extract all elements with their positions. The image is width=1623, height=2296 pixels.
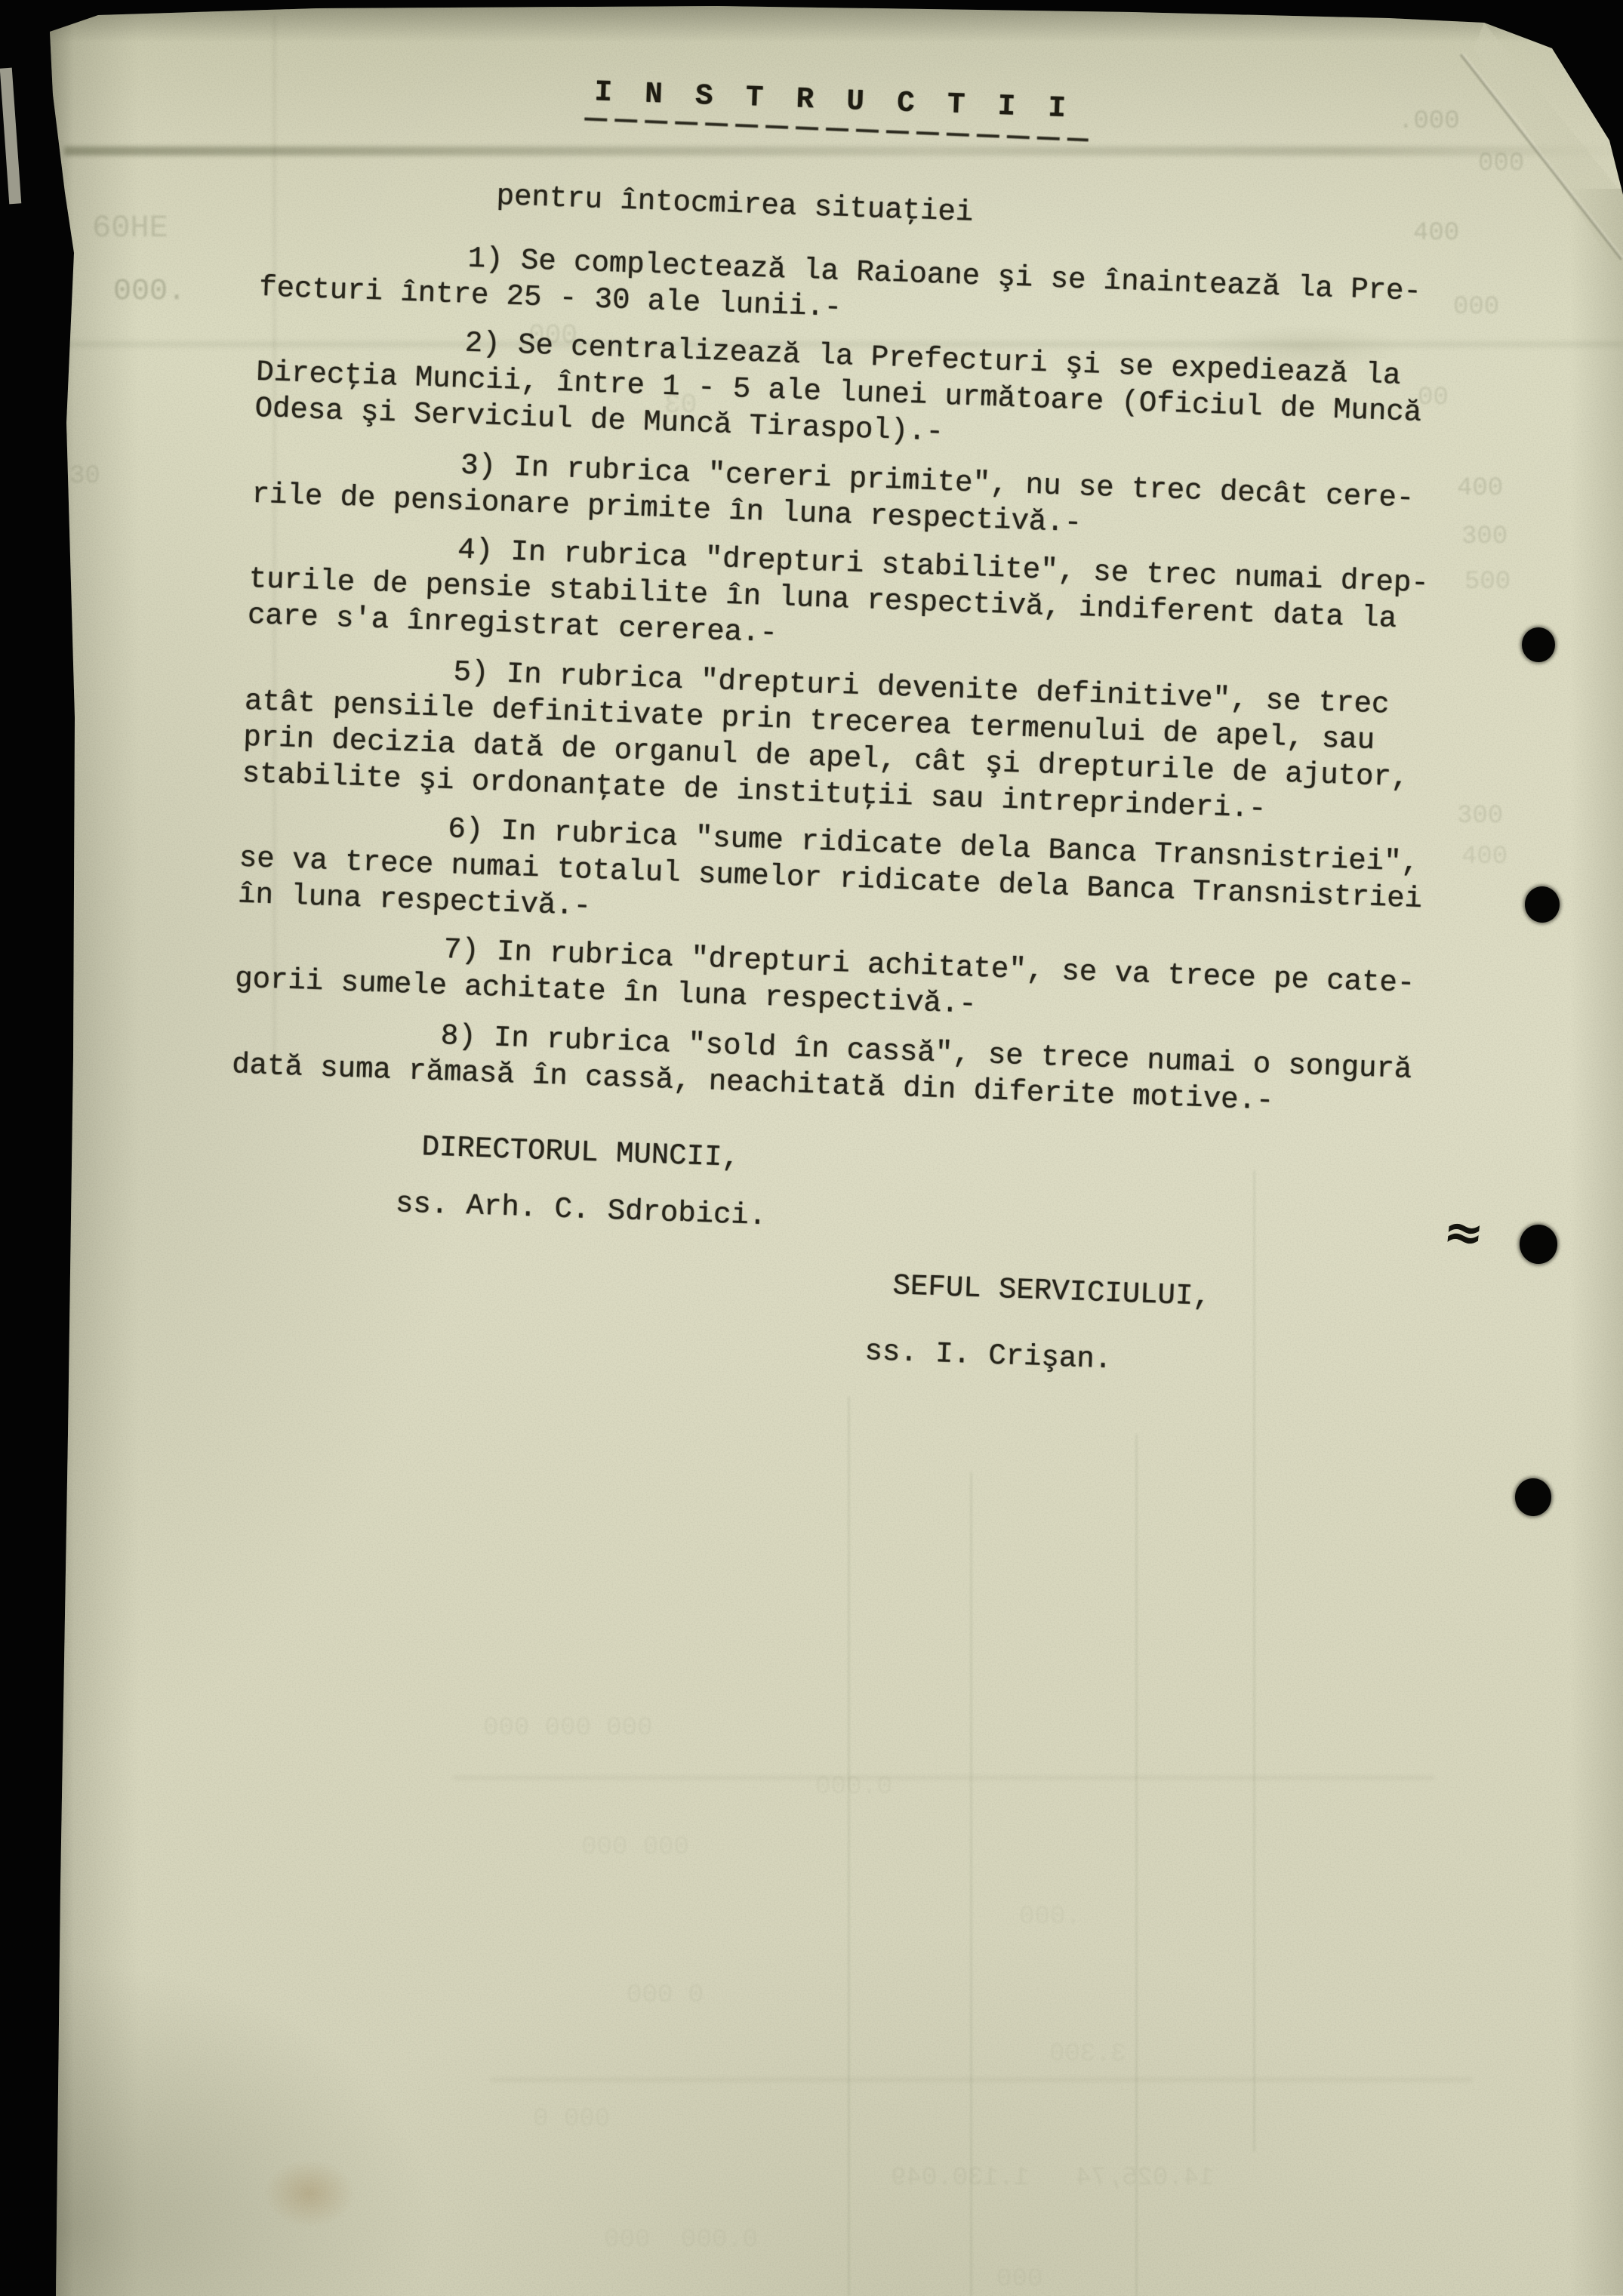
- typewritten-text: I N S T R U C T I I pentru întocmirea si…: [58, 30, 1607, 1667]
- signature-name-chief: ss. I. Crişan.: [864, 1333, 1113, 1378]
- bleedthrough-fragment: 3.300: [1049, 2040, 1126, 2069]
- paragraph-5: 5) In rubrica "drepturi devenite definit…: [242, 647, 1582, 839]
- bleedthrough-fragment: 0 000: [627, 1981, 704, 2010]
- document-page: 60HE000.30.00000040000000400300500300400…: [0, 0, 1623, 2296]
- underlying-sheet-edge: [0, 68, 21, 205]
- bleedthrough-fragment: 000 000 000: [483, 1714, 652, 1743]
- punch-hole: [1522, 627, 1555, 662]
- bleedthrough-table-line: [453, 1776, 1434, 1780]
- bleedthrough-fragment: 14.025,74 1.130.049: [891, 2164, 1214, 2193]
- pen-squiggle-mark: ≈: [1440, 1203, 1486, 1262]
- bleedthrough-fragment: 000 000: [581, 1833, 689, 1862]
- paper-stain: [264, 2159, 355, 2227]
- bleedthrough-fragment: 0.000 000: [604, 2226, 758, 2254]
- scan-photo: 60HE000.30.00000040000000400300500300400…: [0, 0, 1623, 2296]
- document-title: I N S T R U C T I I: [594, 74, 1074, 127]
- bleedthrough-table-line: [491, 2078, 1472, 2082]
- signature-role-chief: SEFUL SERVICIULUI,: [892, 1268, 1212, 1315]
- signature-role-director: DIRECTORUL MUNCII,: [421, 1129, 741, 1176]
- punch-hole: [1525, 886, 1560, 923]
- punch-hole: [1520, 1225, 1557, 1264]
- bleedthrough-fragment: 000 0: [533, 2105, 610, 2134]
- bleedthrough-fragment: .000: [1019, 1903, 1081, 1931]
- punch-hole: [1515, 1478, 1551, 1516]
- signature-name-director: ss. Arh. C. Sdrobici.: [395, 1185, 767, 1234]
- document-subtitle: pentru întocmirea situaţiei: [496, 178, 974, 231]
- bleedthrough-fragment: 000: [996, 2265, 1042, 2294]
